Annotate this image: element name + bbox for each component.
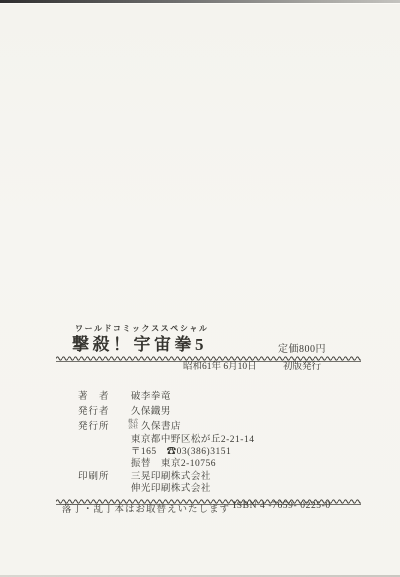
isbn-number: ISBN 4 -7659- 0225-0 xyxy=(233,501,331,511)
row-label: 発行者 xyxy=(78,403,128,417)
colophon-row-publishing-house: 発行所株式会社久保書店 xyxy=(78,418,181,432)
colophon-row-publisher-person: 発行者 久保鐵男 xyxy=(78,403,171,417)
publication-date: 昭和61年 6月10日 xyxy=(183,362,257,372)
colophon-row-author: 著 者 破李拳竜 xyxy=(78,388,171,402)
publication-dateline: 昭和61年 6月10日 初版発行 xyxy=(183,358,321,372)
author-name: 破李拳竜 xyxy=(131,392,171,402)
colophon-row-transfer-account: 振替 東京2-10756 xyxy=(78,455,216,469)
decorative-wavy-rule-bottom xyxy=(56,492,361,500)
edition-label: 初版発行 xyxy=(283,358,321,372)
kabushiki-gaisha-mark: 株式会社 xyxy=(128,420,138,430)
row-label: 著 者 xyxy=(78,388,128,402)
decorative-wavy-rule-top xyxy=(56,349,361,357)
row-label: 発行所 xyxy=(78,418,128,432)
publisher-person-name: 久保鐵男 xyxy=(131,407,171,417)
defective-copy-notice: 落丁・乱丁本はお取替えいたします xyxy=(62,501,230,515)
scan-edge-top xyxy=(0,0,400,3)
colophon-page: ワールドコミックススペシャル 撃殺！宇宙拳5 定価800円 昭和61年 6月10… xyxy=(0,0,400,577)
